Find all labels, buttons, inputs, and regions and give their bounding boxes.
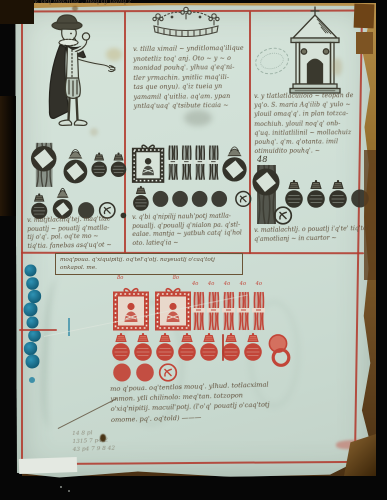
script-line: 4o [224, 281, 230, 287]
coin-crown-glyph [328, 180, 348, 209]
blue-tally-circle [27, 316, 39, 328]
blue-tally-column [25, 264, 38, 368]
coin-crown-glyph [133, 333, 153, 362]
coin-crown-glyph [306, 180, 326, 209]
script-line: otimuidito pouhq'. ~ [254, 146, 364, 156]
white-tear [19, 457, 77, 474]
script-line: 8o [173, 275, 179, 281]
manta-glyph [167, 144, 179, 182]
left-glyph-row-1 [27, 142, 127, 188]
coin-x-glyph [158, 362, 178, 383]
manta-glyph [181, 144, 193, 182]
coin-crown-glyph [199, 333, 219, 362]
red-mantas-row [192, 290, 265, 332]
crown-drawing [147, 4, 225, 42]
red-cross-line [19, 329, 57, 331]
script-line: tiq'tia. fanebas asq'uq'ot ~ [27, 241, 131, 252]
blue-tally-circle [25, 265, 37, 277]
coin-crown-glyph [221, 333, 241, 362]
codex-photo: v. teq'machtla . maq'tlj tianq'z [0, 0, 387, 500]
coin-crown-glyph [155, 333, 175, 362]
script-line: onkapol. me. [60, 264, 238, 272]
chapel-drawing [286, 6, 344, 96]
pencil-numbers: 14 8 pl1315 7 p4 E43 p4 7 9 8 42 [72, 429, 115, 454]
manta-glyph [208, 144, 220, 182]
coin-crown-glyph [243, 333, 263, 362]
center-glyph-row-2 [132, 186, 252, 212]
coin-dark-glyph [210, 190, 228, 209]
coin-dark-glyph [135, 362, 155, 383]
diamond-crown-glyph [62, 145, 88, 185]
script-line: q'uq. initlatlilinil ~ mollachuiz [254, 128, 364, 138]
right-glyph-row-1 [250, 163, 370, 225]
edge-shadow [364, 150, 376, 280]
coin-crown-glyph [132, 186, 150, 212]
script-line: yntlaq'uaq' q'tsibute ticaia ~ [134, 101, 252, 112]
script-line: 8o [117, 275, 123, 281]
script-line: 4o [240, 281, 246, 287]
red-coins-divider [222, 334, 224, 361]
film-speck [68, 490, 70, 492]
script-line: moq'poua. q'xiquipitij. oq'tel'q'otj. na… [60, 256, 238, 264]
script-line: oto. latieq'ia ~ [132, 238, 252, 248]
header-script: v. teq'machtla . maq'tlj tianq'z [34, 0, 131, 5]
boxed-note-text: moq'poua. q'xiquipitij. oq'tel'q'otj. na… [60, 256, 238, 272]
ink-blot [100, 434, 106, 442]
coin-dark-glyph [112, 362, 132, 383]
script-line: 4o [208, 281, 214, 287]
center-upper-text: v. tlilla ximail ~ ynditlomaq'iliqueynot… [133, 44, 252, 112]
script-line: ylouil omaq'q'. in plan totzca- [254, 109, 364, 119]
right-upper-text: v. y tlatlatlacuilolo ~ teopan deyq'o. S… [254, 91, 365, 156]
coin-dark-glyph [152, 190, 170, 209]
script-line: monidad pouhq'. ylhua q'eq'ni- [133, 63, 251, 74]
center-lower-text: v. q'bi q'nipilij nauh'potj matlla-poual… [132, 212, 252, 248]
coin-crown-glyph [90, 152, 108, 178]
red-coins-row-2 [112, 362, 178, 383]
boxed-note: moq'poua. q'xiquipitij. oq'tel'q'otj. na… [55, 253, 243, 275]
bottom-text: mo q'poua. oq'tentlos mouq'. ylhud. totl… [110, 379, 303, 425]
tape-fragment [354, 4, 375, 29]
ring-glyph [265, 333, 295, 369]
frame-portrait-glyph [131, 141, 165, 184]
manta-glyph [207, 290, 220, 332]
blue-tally-circle [26, 277, 39, 289]
script-line: 4o [192, 281, 198, 287]
manta-glyph [222, 290, 235, 332]
banner-diamond-glyph [27, 142, 60, 188]
center-glyph-row-1 [131, 141, 248, 184]
film-speck [60, 486, 62, 488]
film-border-patch [0, 96, 16, 216]
blue-tally-circle [26, 354, 40, 367]
frame-portrait-glyph [112, 284, 150, 332]
official-figure-drawing [40, 12, 122, 140]
tape-fragment [356, 32, 373, 54]
rule-left [21, 10, 23, 462]
manta-glyph [192, 290, 205, 332]
blue-tally-circle [24, 303, 38, 316]
manta-glyph [194, 144, 206, 182]
script-line: 43 p4 7 9 8 42 [73, 445, 116, 454]
script-line: 4o [256, 281, 262, 287]
left-caption: v. matjtlactliq'tej. maq'tlacpouatlj ~ p… [27, 215, 132, 252]
coin-dark-glyph [171, 190, 189, 209]
coin-dark-glyph [191, 190, 209, 209]
coin-crown-glyph [111, 333, 131, 362]
film-border-patch [0, 0, 34, 24]
manta-annotations: 4o4o4o4o4o [192, 281, 262, 287]
coin-x-glyph [273, 205, 293, 226]
script-line: ealae. mantja ~ yatbuh catq' iq'hol [132, 230, 252, 240]
blue-tally-dot [29, 377, 35, 383]
blue-tally-circle [24, 342, 37, 355]
right-lower-text: v. matlalachtlj. o pouatlj i'q'te' tiq't… [254, 225, 366, 244]
coin-crown-glyph [177, 333, 197, 362]
blue-tally-circle [28, 290, 41, 303]
diamond-crown-sm-glyph [51, 186, 74, 220]
coin-crown-glyph [110, 152, 128, 178]
manta-glyph [252, 290, 265, 332]
frame-annotations: 8o8o [117, 275, 179, 281]
blue-dash [68, 318, 70, 336]
diamond-crown-glyph [221, 142, 248, 183]
script-line: v. tlilla ximail ~ ynditlomaq'ilique [133, 44, 251, 55]
right-x-coin-row [273, 205, 293, 226]
